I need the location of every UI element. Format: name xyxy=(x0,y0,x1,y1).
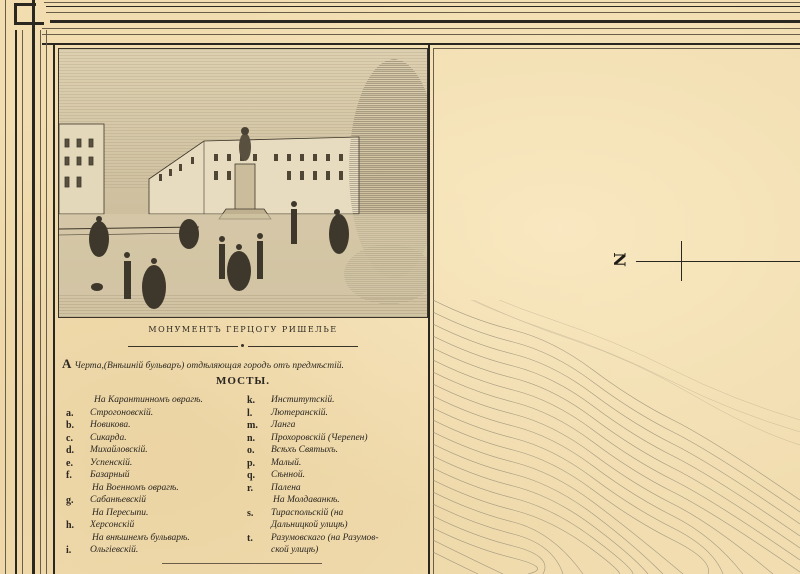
caption-rule-right xyxy=(248,346,358,347)
note-text: Черта,(Внѣшній бульваръ) отдѣляющая горо… xyxy=(74,361,343,371)
caption-ornament-dot xyxy=(241,344,244,347)
compass-vertical-line xyxy=(681,241,682,281)
compass-horizontal-line xyxy=(636,261,800,262)
north-arrow-icon: N xyxy=(610,252,629,267)
sea-hatching xyxy=(433,300,800,574)
boundary-note: АЧерта,(Внѣшній бульваръ) отдѣляющая гор… xyxy=(62,356,428,372)
engraving-illustration-icon xyxy=(59,49,427,317)
legend-bottom-rule xyxy=(162,563,322,564)
note-marker: А xyxy=(62,356,71,371)
caption-rule-left xyxy=(128,346,238,347)
bridges-heading: МОСТЫ. xyxy=(58,375,428,387)
richelieu-monument-engraving xyxy=(58,48,428,318)
engraving-caption: МОНУМЕНТЪ ГЕРЦОГУ РИШЕЛЬЕ xyxy=(58,325,428,334)
